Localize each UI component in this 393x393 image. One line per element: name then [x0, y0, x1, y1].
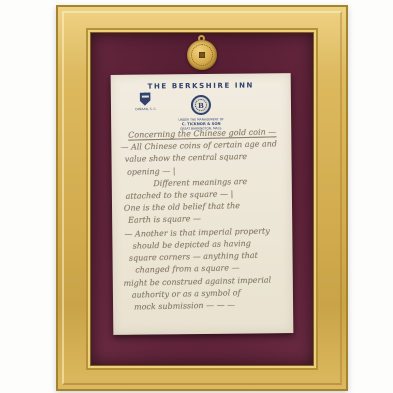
handwriting-line: One is the old belief that the — [124, 201, 286, 213]
crest-shield-icon — [139, 93, 150, 106]
left-emblem-caption: CANAAN, S. C. — [135, 107, 155, 111]
handwriting-line: Different meanings are — [153, 177, 285, 188]
handwriting-line: changed from a square — — [135, 263, 287, 275]
handwriting-line: attached to the square — | — [126, 189, 286, 201]
hotel-seal-monogram: B — [195, 99, 207, 111]
handwriting-line: Earth is square — — [128, 213, 286, 225]
handwriting-line: mock submission — — — — [134, 300, 288, 312]
handwriting-line: square corners — anything that — [129, 251, 287, 263]
coin-square-hole — [199, 52, 205, 58]
handwriting-line: value show the central square — [125, 153, 285, 165]
hotel-seal-icon: B — [191, 95, 211, 115]
letter-paper: THE BERKSHIRE INN CANAAN, S. C. B UNDER … — [111, 73, 294, 335]
velvet-mat: THE BERKSHIRE INN CANAAN, S. C. B UNDER … — [91, 33, 313, 365]
chinese-coin-icon — [187, 40, 217, 70]
handwriting-line: — Another is that imperial property — [124, 227, 286, 239]
handwritten-body: Concerning the Chinese gold coin — — All… — [120, 128, 288, 316]
handwriting-line: authority or as a symbol of — [132, 288, 288, 300]
letterhead-title: THE BERKSHIRE INN — [111, 81, 291, 91]
handwriting-line: opening — | — [127, 165, 285, 177]
handwriting-line: — All Chinese coins of certain age and — [120, 140, 284, 152]
handwriting-line: might be construed against imperial — [123, 276, 287, 288]
gilt-frame: THE BERKSHIRE INN CANAAN, S. C. B UNDER … — [56, 5, 348, 391]
handwriting-line: should be depicted as having — [133, 239, 287, 251]
handwriting-line: Concerning the Chinese gold coin — — [128, 128, 284, 140]
letterhead-left-emblem: CANAAN, S. C. — [125, 92, 165, 114]
coin-body — [187, 40, 217, 70]
